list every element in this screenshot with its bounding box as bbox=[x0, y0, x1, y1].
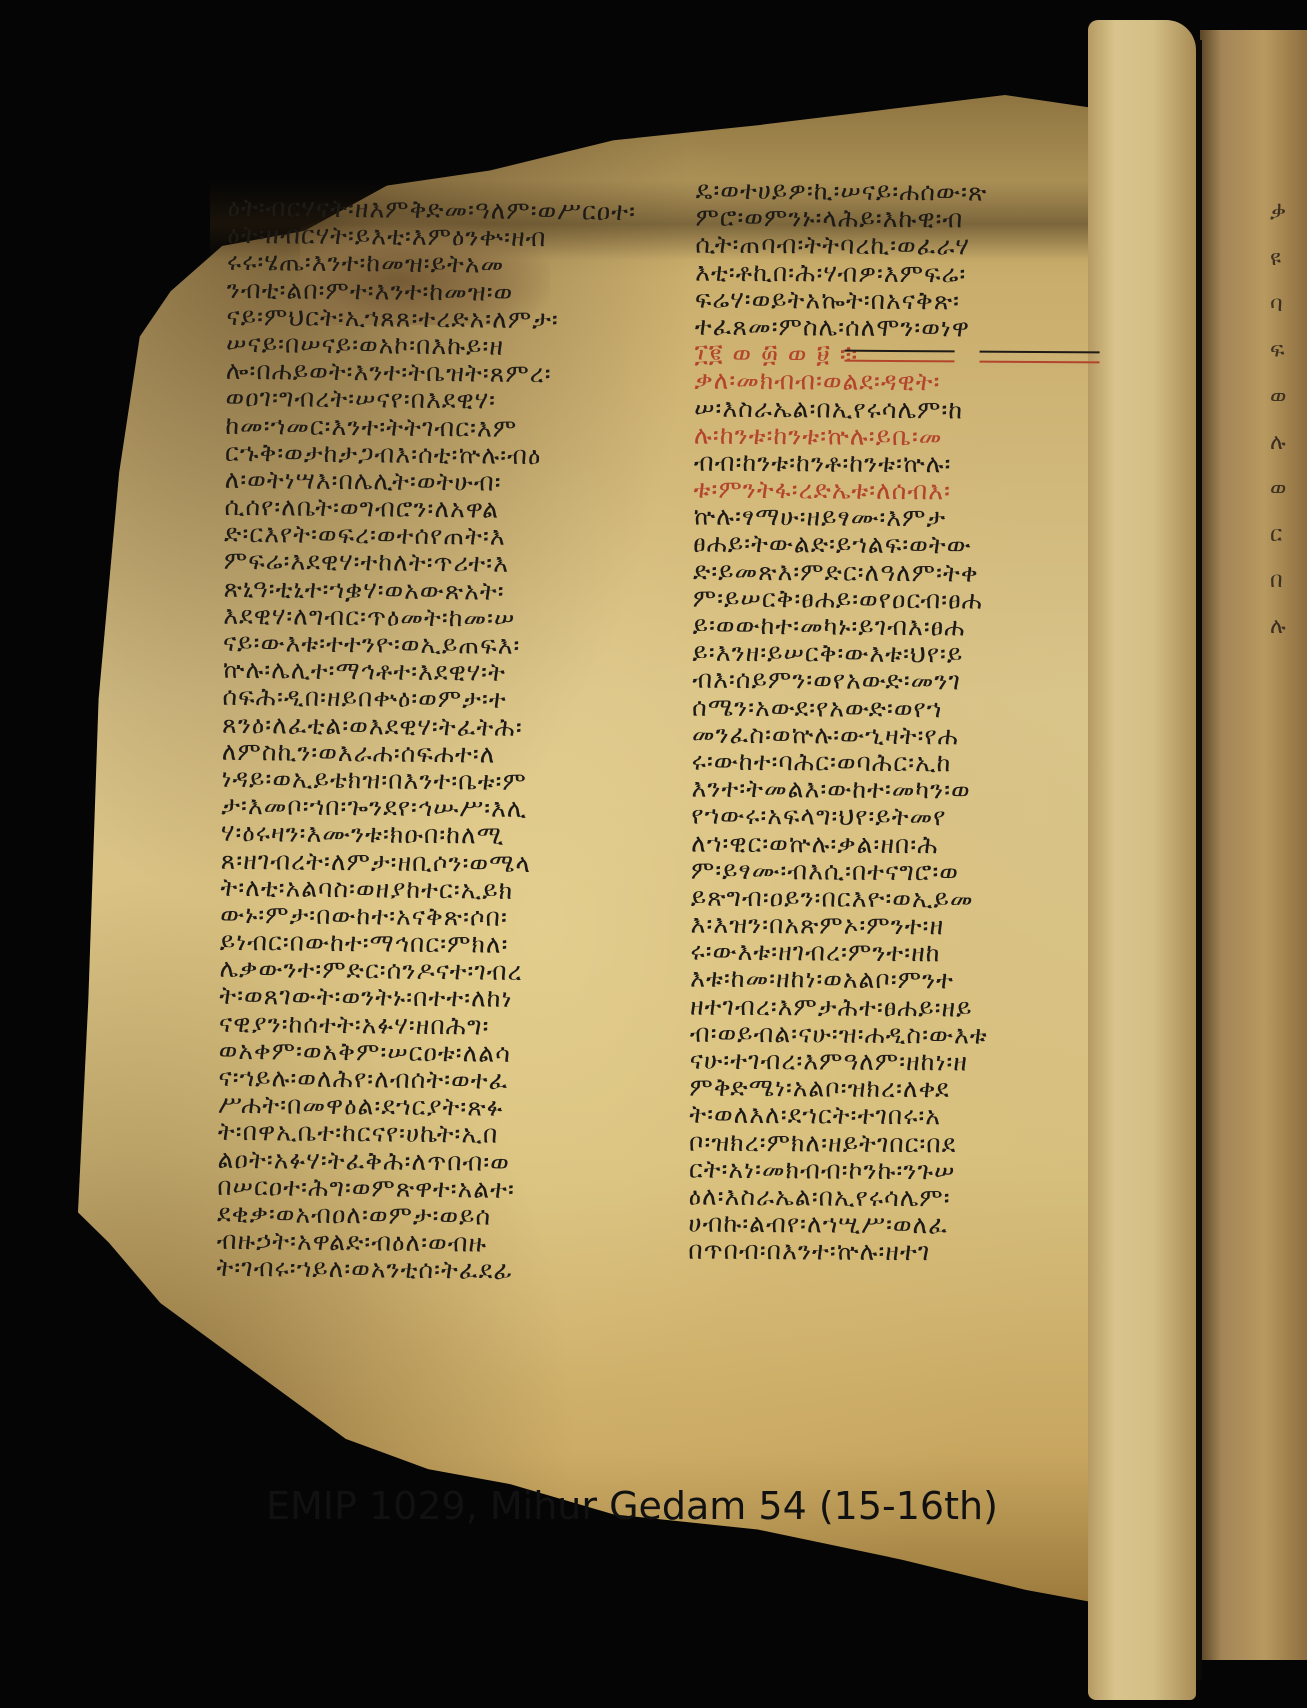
manuscript-line: ዴ፡ወተሀይዎ፡ኪ፡ሠናይ፡ሐሰው፡ጽ bbox=[696, 177, 1104, 207]
manuscript-line: ቱ፡ምንትፋ፡ረድኤቱ፡ለሰብእ፡ bbox=[694, 476, 1102, 506]
manuscript-line: እቲ፡ቶኪበ፡ሕ፡ሃብዎ፡እምፍሬ፡ bbox=[695, 258, 1103, 288]
next-page-glyph: ዩ bbox=[1270, 236, 1307, 282]
text-column-left: ዕት፡ብርሃናት፡ዘእምቅድመ፡ዓለም፡ወሥርዐተ፡ዕት፡ዘብርሃት፡ይእቲ፡እ… bbox=[216, 194, 647, 1286]
next-page-glyph: ሉ bbox=[1270, 420, 1307, 466]
manuscript-line: ዘተገብረ፡እምታሕተ፡ፀሐይ፡ዘይ bbox=[690, 992, 1098, 1022]
manuscript-line: ት፡ወለእለ፡ደኀርት፡ተገበሩ፡አ bbox=[689, 1101, 1097, 1131]
manuscript-line: ይ፡ወውከተ፡መካኑ፡ይገብእ፡ፀሐ bbox=[693, 612, 1101, 642]
manuscript-line: ሩ፡ውከተ፡ባሕር፡ወባሕር፡ኢከ bbox=[692, 748, 1100, 778]
manuscript-line: ዕለ፡እስራኤል፡በኢየሩሳሌም፡ bbox=[689, 1183, 1097, 1213]
manuscript-line: ብብ፡ከንቱ፡ከንቶ፡ከንቱ፡ኵሉ፡ bbox=[694, 448, 1102, 478]
manuscript-line: ሉ፡ከንቱ፡ከንቱ፡ኵሉ፡ይቤ፡መ bbox=[694, 421, 1102, 451]
manuscript-line: እቱ፡ከመ፡ዘከነ፡ወአልቦ፡ምንተ bbox=[690, 965, 1098, 995]
manuscript-line: ይጽግብ፡ዐይን፡በርእዮ፡ወኢይመ bbox=[691, 883, 1099, 913]
manuscript-line: ፀሐይ፡ትውልድ፡ይኀልፍ፡ወትው bbox=[693, 530, 1101, 560]
next-page-glyph: ወ bbox=[1270, 374, 1307, 420]
manuscript-line: ቃለ፡መክብብ፡ወልደ፡ዳዊት፡ bbox=[694, 367, 1102, 397]
next-page-glyph: ቃ bbox=[1270, 190, 1307, 236]
manuscript-line: ብ፡ወይብል፡ናሁ፡ዝ፡ሐዲስ፡ውእቱ bbox=[690, 1019, 1098, 1049]
manuscript-line: ናሁ፡ተገብረ፡እምዓለም፡ዘከነ፡ዘ bbox=[690, 1047, 1098, 1077]
manuscript-line: ሠ፡እስራኤል፡በኢየሩሳሌም፡ከ bbox=[694, 394, 1102, 424]
manuscript-line: ም፡ይሠርቅ፡ፀሐይ፡ወየዐርብ፡ፀሐ bbox=[693, 584, 1101, 614]
next-page-glyph: ወ bbox=[1270, 466, 1307, 512]
binding-strip bbox=[1088, 20, 1196, 1700]
manuscript-line: የኀውሩ፡አፍላግ፡ህየ፡ይትመየ bbox=[691, 802, 1099, 832]
manuscript-line: መንፈስ፡ወኵሉ፡ውኂዛት፡የሐ bbox=[692, 720, 1100, 750]
manuscript-line: ም፡ይፃሙ፡ብእሲ፡በተናግሮ፡ወ bbox=[691, 856, 1099, 886]
manuscript-line: ይ፡እንዘ፡ይሠርቅ፡ውእቱ፡ህየ፡ይ bbox=[692, 639, 1100, 669]
text-column-right: ዴ፡ወተሀይዎ፡ኪ፡ሠናይ፡ሐሰው፡ጽምሮ፡ወምንኑ፡ላሕይ፡እኩዊ፡ብሲት፡ጠ… bbox=[688, 177, 1104, 1267]
next-page-text: ቃዩባፍወሉወርበሉ bbox=[1270, 190, 1307, 650]
manuscript-line: ቦ፡ዝክረ፡ምክለ፡ዘይትገበር፡በደ bbox=[689, 1128, 1097, 1158]
manuscript-line: ሩ፡ውእቱ፡ዘገብረ፡ምንተ፡ዘከ bbox=[690, 938, 1098, 968]
next-page-glyph: ፍ bbox=[1270, 328, 1307, 374]
manuscript-line: ት፡ገብሩ፡ኀይለ፡ወአንቲሰ፡ትፈደፊ bbox=[216, 1254, 636, 1286]
manuscript-line: ምቅድሜነ፡አልቦ፡ዝክረ፡ለቀደ bbox=[689, 1074, 1097, 1104]
manuscript-line: ብእ፡ሰይምን፡ወየአውድ፡መንገ bbox=[692, 666, 1100, 696]
manuscript-line: ሰሜን፡አውደ፡የአውድ፡ወየኀ bbox=[692, 693, 1100, 723]
manuscript-line: ሀብኩ፡ልብየ፡ለኀሢሥ፡ወለፈ bbox=[688, 1210, 1096, 1240]
manuscript-line: እንተ፡ትመልእ፡ውከተ፡መካን፡ወ bbox=[691, 775, 1099, 805]
next-page-glyph: ር bbox=[1270, 512, 1307, 558]
manuscript-line: በጥበብ፡በእንተ፡ኵሉ፡ዘተገ bbox=[688, 1237, 1096, 1267]
manuscript-line: ኵሉ፡ፃማሁ፡ዘይፃሙ፡እምታ bbox=[693, 503, 1101, 533]
next-page-glyph: ባ bbox=[1270, 282, 1307, 328]
manuscript-photo: ቃዩባፍወሉወርበሉ ዕት፡ብርሃናት፡ዘእምቅድመ፡ዓለም፡ወሥርዐተ፡ዕት፡… bbox=[0, 0, 1307, 1708]
manuscript-line: ተፈጸመ፡ምስሌ፡ሰለሞን፡ወነዋ bbox=[695, 313, 1103, 343]
manuscript-line: ፍሬሃ፡ወይትአኰት፡በአናቅጽ፡ bbox=[695, 285, 1103, 315]
manuscript-line: እ፡እዝን፡በአጽምኦ፡ምንተ፡ዘ bbox=[690, 911, 1098, 941]
next-page-glyph: በ bbox=[1270, 558, 1307, 604]
next-page-glyph: ሉ bbox=[1270, 604, 1307, 650]
manuscript-line: ድ፡ይመጽእ፡ምድር፡ለዓለም፡ትቀ bbox=[693, 557, 1101, 587]
manuscript-line: ሲት፡ጠባብ፡ትትባረኪ፡ወፈራሃ bbox=[695, 231, 1103, 261]
manuscript-line: ለኀ፡ዊር፡ወኵሉ፡ቃል፡ዘበ፡ሕ bbox=[691, 829, 1099, 859]
rubric-divider: ፲፪ ወ ፴ ወ ፱ ፨ bbox=[694, 340, 1102, 370]
manuscript-line: ርት፡አነ፡መክብብ፡ኮንኩ፡ንጉሠ bbox=[689, 1155, 1097, 1185]
image-caption: EMIP 1029, Mihur Gedam 54 (15-16th) bbox=[266, 1484, 998, 1528]
manuscript-line: ምሮ፡ወምንኑ፡ላሕይ፡እኩዊ፡ብ bbox=[695, 204, 1103, 234]
